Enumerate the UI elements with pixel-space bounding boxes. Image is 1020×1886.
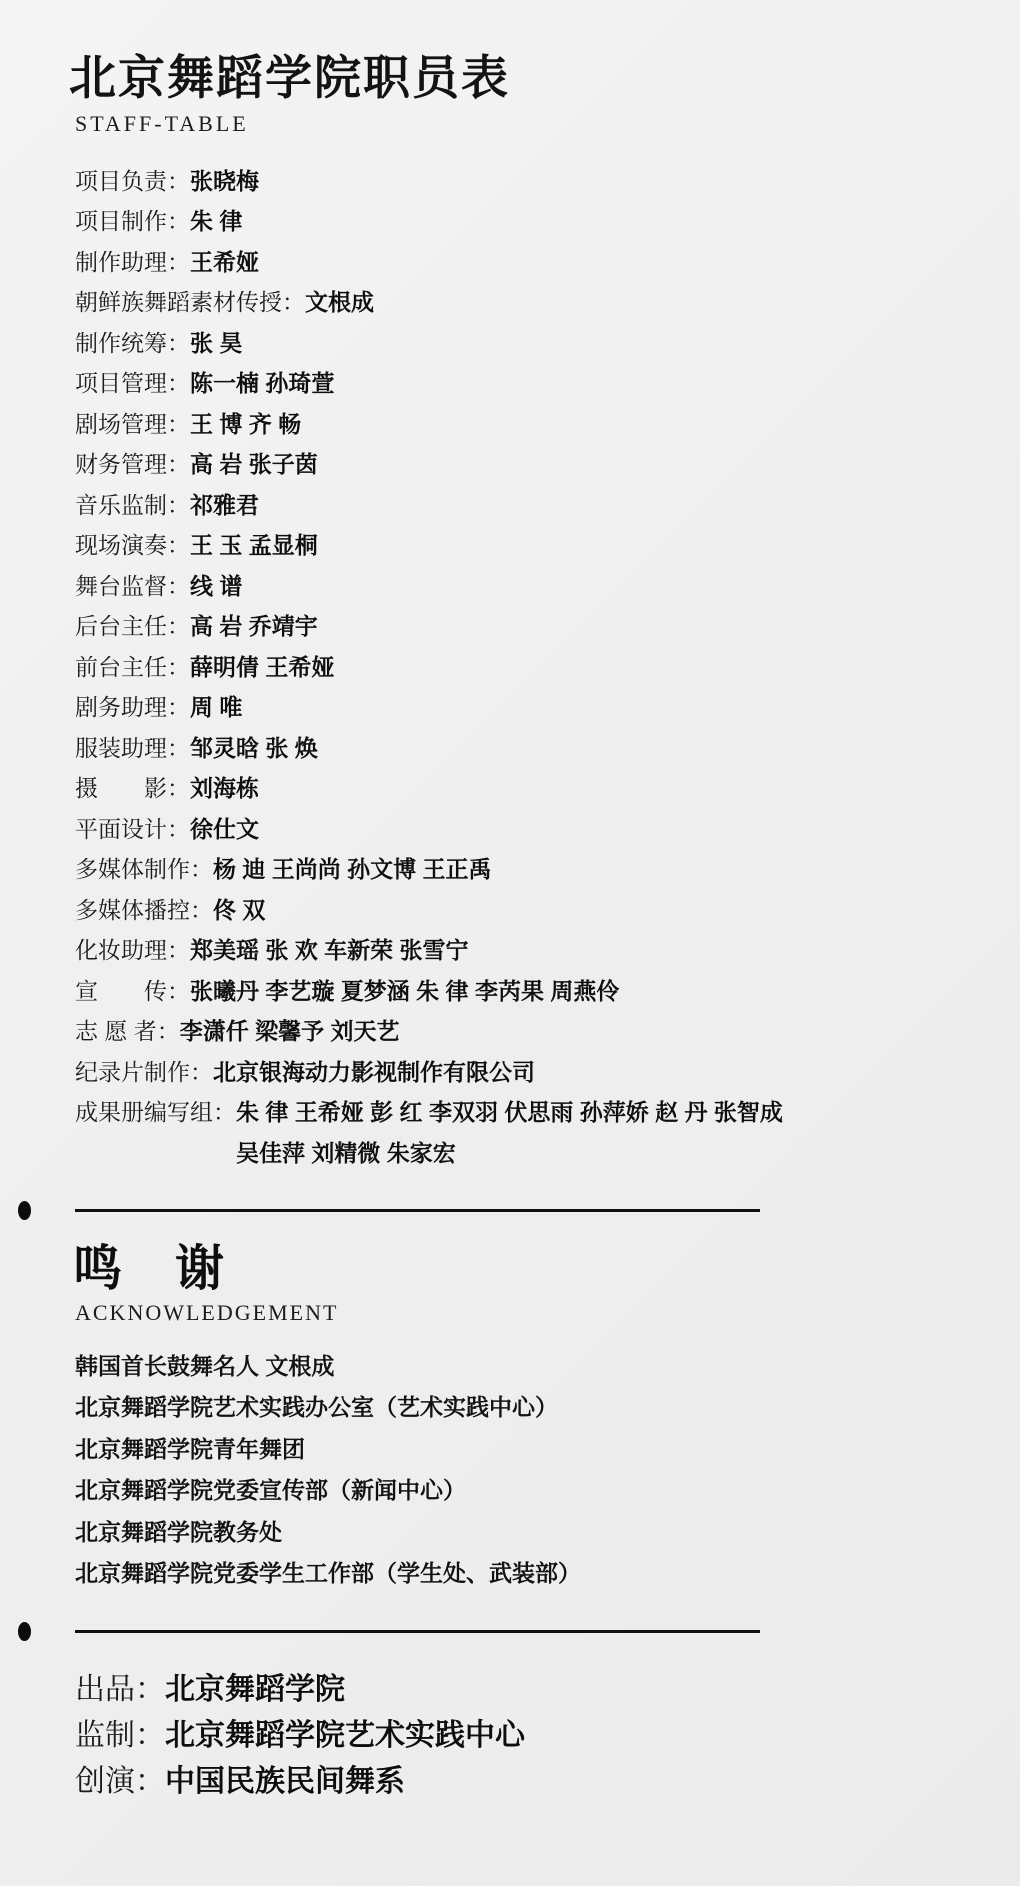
section-divider <box>18 1621 990 1643</box>
staff-names: 线 谱 <box>190 566 242 607</box>
staff-row: 剧场管理：王 博 齐 畅 <box>75 404 990 445</box>
staff-role-label: 制作助理： <box>75 242 190 283</box>
staff-role-label: 摄 影： <box>75 768 190 809</box>
staff-names: 李潇仟 梁馨予 刘天艺 <box>180 1011 400 1052</box>
staff-names: 张曦丹 李艺璇 夏梦涵 朱 律 李芮果 周燕伶 <box>190 971 619 1012</box>
staff-names: 刘海栋 <box>190 768 259 809</box>
staff-role-label: 志 愿 者： <box>75 1011 180 1052</box>
acknowledgement-item: 北京舞蹈学院党委宣传部（新闻中心） <box>75 1470 990 1512</box>
staff-role-label: 宣 传： <box>75 971 190 1012</box>
staff-row: 制作助理：王希娅 <box>75 242 990 283</box>
production-role-label: 创演： <box>75 1759 165 1805</box>
staff-row: 志 愿 者：李潇仟 梁馨予 刘天艺 <box>75 1011 990 1052</box>
staff-names: 王 博 齐 畅 <box>190 404 301 445</box>
staff-row: 项目管理：陈一楠 孙琦萱 <box>75 363 990 404</box>
staff-row: 成果册编写组：朱 律 王希娅 彭 红 李双羽 伏思雨 孙萍娇 赵 丹 张智成 吴… <box>75 1092 990 1173</box>
page-title: 北京舞蹈学院职员表 <box>69 52 990 104</box>
staff-names: 北京银海动力影视制作有限公司 <box>213 1052 535 1093</box>
staff-role-label: 后台主任： <box>75 606 190 647</box>
section-divider <box>18 1199 990 1221</box>
staff-names: 王 玉 孟显桐 <box>190 525 318 566</box>
staff-names: 张 昊 <box>190 323 242 364</box>
staff-names: 薛明倩 王希娅 <box>190 647 334 688</box>
staff-role-label: 财务管理： <box>75 444 190 485</box>
production-credits: 出品：北京舞蹈学院 监制：北京舞蹈学院艺术实践中心 创演：中国民族民间舞系 <box>75 1667 990 1805</box>
staff-row: 前台主任：薛明倩 王希娅 <box>75 647 990 688</box>
staff-row: 项目制作：朱 律 <box>75 201 990 242</box>
staff-names: 祁雅君 <box>190 485 259 526</box>
staff-role-label: 多媒体播控： <box>75 890 213 931</box>
staff-row: 宣 传：张曦丹 李艺璇 夏梦涵 朱 律 李芮果 周燕伶 <box>75 971 990 1012</box>
staff-role-label: 剧务助理： <box>75 687 190 728</box>
production-row: 创演：中国民族民间舞系 <box>75 1759 990 1805</box>
staff-row: 化妆助理：郑美瑶 张 欢 车新荣 张雪宁 <box>75 930 990 971</box>
acknowledgement-item: 北京舞蹈学院教务处 <box>75 1512 990 1554</box>
acknowledgement-item: 北京舞蹈学院青年舞团 <box>75 1429 990 1471</box>
staff-role-label: 成果册编写组： <box>75 1092 236 1133</box>
production-role-label: 出品： <box>75 1667 165 1713</box>
staff-row: 纪录片制作：北京银海动力影视制作有限公司 <box>75 1052 990 1093</box>
staff-role-label: 现场演奏： <box>75 525 190 566</box>
staff-row: 平面设计：徐仕文 <box>75 809 990 850</box>
staff-role-label: 项目负责： <box>75 161 190 202</box>
staff-role-label: 项目管理： <box>75 363 190 404</box>
acknowledgement-heading: 鸣 谢 <box>73 1241 990 1297</box>
production-row: 出品：北京舞蹈学院 <box>75 1667 990 1713</box>
divider-rule <box>75 1209 760 1212</box>
staff-row: 音乐监制：祁雅君 <box>75 485 990 526</box>
staff-row: 多媒体播控：佟 双 <box>75 890 990 931</box>
staff-role-label: 音乐监制： <box>75 485 190 526</box>
page-subtitle: STAFF-TABLE <box>75 111 990 137</box>
staff-row: 朝鲜族舞蹈素材传授：文根成 <box>75 282 990 323</box>
staff-names: 张晓梅 <box>190 161 259 202</box>
acknowledgement-subtitle: ACKNOWLEDGEMENT <box>75 1300 990 1326</box>
staff-role-label: 项目制作： <box>75 201 190 242</box>
staff-list: 项目负责：张晓梅 项目制作：朱 律 制作助理：王希娅 朝鲜族舞蹈素材传授：文根成… <box>75 161 990 1174</box>
production-role-label: 监制： <box>75 1713 165 1759</box>
staff-row: 服装助理：邹灵晗 张 焕 <box>75 728 990 769</box>
staff-role-label: 化妆助理： <box>75 930 190 971</box>
staff-names: 朱 律 <box>190 201 242 242</box>
staff-names: 周 唯 <box>190 687 242 728</box>
staff-role-label: 前台主任： <box>75 647 190 688</box>
staff-names: 朱 律 王希娅 彭 红 李双羽 伏思雨 孙萍娇 赵 丹 张智成 吴佳萍 刘精微 … <box>236 1092 783 1173</box>
staff-role-label: 平面设计： <box>75 809 190 850</box>
staff-names: 郑美瑶 张 欢 车新荣 张雪宁 <box>190 930 469 971</box>
production-value: 北京舞蹈学院艺术实践中心 <box>165 1713 525 1759</box>
staff-names: 杨 迪 王尚尚 孙文博 王正禹 <box>213 849 492 890</box>
staff-row: 摄 影：刘海栋 <box>75 768 990 809</box>
staff-role-label: 舞台监督： <box>75 566 190 607</box>
staff-names: 高 岩 张子茵 <box>190 444 318 485</box>
staff-role-label: 纪录片制作： <box>75 1052 213 1093</box>
staff-names: 陈一楠 孙琦萱 <box>190 363 334 404</box>
acknowledgement-item: 韩国首长鼓舞名人 文根成 <box>75 1346 990 1388</box>
staff-role-label: 朝鲜族舞蹈素材传授： <box>75 282 305 323</box>
staff-row: 剧务助理：周 唯 <box>75 687 990 728</box>
credits-page: 北京舞蹈学院职员表 STAFF-TABLE 项目负责：张晓梅 项目制作：朱 律 … <box>0 0 1020 1886</box>
staff-names: 高 岩 乔靖宇 <box>190 606 318 647</box>
staff-names: 佟 双 <box>213 890 265 931</box>
staff-row: 项目负责：张晓梅 <box>75 161 990 202</box>
acknowledgement-item: 北京舞蹈学院党委学生工作部（学生处、武装部） <box>75 1553 990 1595</box>
staff-row: 舞台监督：线 谱 <box>75 566 990 607</box>
staff-role-label: 制作统筹： <box>75 323 190 364</box>
bullet-icon <box>18 1622 31 1641</box>
staff-row: 制作统筹：张 昊 <box>75 323 990 364</box>
staff-row: 多媒体制作：杨 迪 王尚尚 孙文博 王正禹 <box>75 849 990 890</box>
staff-row: 现场演奏：王 玉 孟显桐 <box>75 525 990 566</box>
divider-rule <box>75 1630 760 1633</box>
staff-role-label: 服装助理： <box>75 728 190 769</box>
production-row: 监制：北京舞蹈学院艺术实践中心 <box>75 1713 990 1759</box>
staff-role-label: 剧场管理： <box>75 404 190 445</box>
staff-names: 邹灵晗 张 焕 <box>190 728 318 769</box>
staff-names: 王希娅 <box>190 242 259 283</box>
production-value: 北京舞蹈学院 <box>165 1667 345 1713</box>
staff-row: 后台主任：高 岩 乔靖宇 <box>75 606 990 647</box>
acknowledgement-list: 韩国首长鼓舞名人 文根成 北京舞蹈学院艺术实践办公室（艺术实践中心） 北京舞蹈学… <box>75 1346 990 1595</box>
staff-names: 文根成 <box>305 282 374 323</box>
staff-role-label: 多媒体制作： <box>75 849 213 890</box>
staff-names: 徐仕文 <box>190 809 259 850</box>
production-value: 中国民族民间舞系 <box>165 1759 405 1805</box>
staff-row: 财务管理：高 岩 张子茵 <box>75 444 990 485</box>
acknowledgement-item: 北京舞蹈学院艺术实践办公室（艺术实践中心） <box>75 1387 990 1429</box>
bullet-icon <box>18 1201 31 1220</box>
